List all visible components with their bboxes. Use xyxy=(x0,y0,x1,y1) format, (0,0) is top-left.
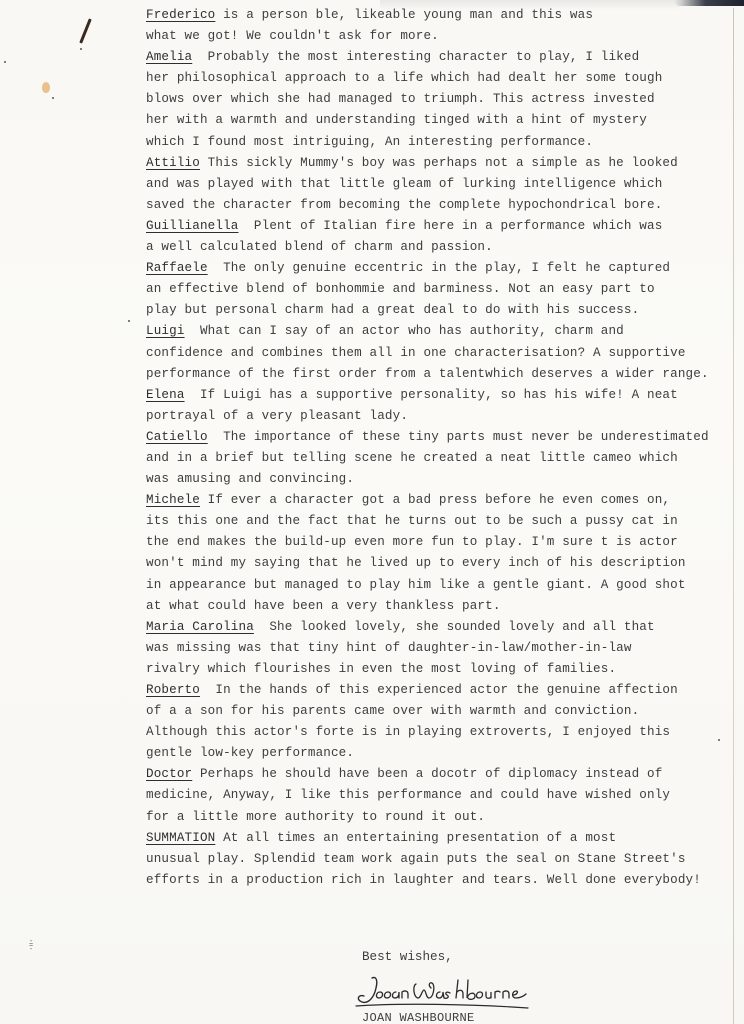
character-name: Michele xyxy=(146,493,200,507)
typed-line: at what could have been a very thankless… xyxy=(146,596,726,617)
line-text: play but personal charm had a great deal… xyxy=(146,303,639,317)
line-text: won't mind my saying that he lived up to… xyxy=(146,556,686,570)
line-text: saved the character from becoming the co… xyxy=(146,198,662,212)
typed-line: the end makes the build-up even more fun… xyxy=(146,532,726,553)
typed-line: medicine, Anyway, I like this performanc… xyxy=(146,785,726,806)
character-name: Luigi xyxy=(146,324,185,338)
line-text: The only genuine eccentric in the play, … xyxy=(208,261,670,275)
paragraph-first-line: Elena If Luigi has a supportive personal… xyxy=(146,385,726,406)
pen-mark xyxy=(79,18,92,43)
typed-line: play but personal charm had a great deal… xyxy=(146,300,726,321)
typed-line: and in a brief but telling scene he crea… xyxy=(146,448,726,469)
handwritten-signature: Joan Washbourne xyxy=(350,970,550,1012)
line-text: Perhaps he should have been a docotr of … xyxy=(192,767,662,781)
line-text: was missing was that tiny hint of daught… xyxy=(146,641,632,655)
paragraph-first-line: Luigi What can I say of an actor who has… xyxy=(146,321,726,342)
line-text: The importance of these tiny parts must … xyxy=(208,430,709,444)
page-edge xyxy=(733,8,734,1024)
line-text: confidence and combines them all in one … xyxy=(146,346,686,360)
line-text: What can I say of an actor who has autho… xyxy=(185,324,624,338)
character-name: Roberto xyxy=(146,683,200,697)
line-text: an effective blend of bonhommie and barm… xyxy=(146,282,655,296)
paragraph-first-line: Guillianella Plent of Italian fire here … xyxy=(146,216,726,237)
typed-line: gentle low-key performance. xyxy=(146,743,726,764)
paragraph-first-line: Roberto In the hands of this experienced… xyxy=(146,680,726,701)
review-body: Frederico is a person ble, likeable youn… xyxy=(146,5,726,891)
character-name: Maria Carolina xyxy=(146,620,254,634)
line-text: a well calculated blend of charm and pas… xyxy=(146,240,493,254)
paragraph-first-line: SUMMATION At all times an entertaining p… xyxy=(146,828,726,849)
speck xyxy=(128,320,130,322)
line-text: Although this actor's forte is in playin… xyxy=(146,725,670,739)
character-name: Catiello xyxy=(146,430,208,444)
paragraph-first-line: Maria Carolina She looked lovely, she so… xyxy=(146,617,726,638)
typed-line: confidence and combines them all in one … xyxy=(146,343,726,364)
typed-line: efforts in a production rich in laughter… xyxy=(146,870,726,891)
typed-line: her with a warmth and understanding ting… xyxy=(146,110,726,131)
typed-line: her philosophical approach to a life whi… xyxy=(146,68,726,89)
typed-line: what we got! We couldn't ask for more. xyxy=(146,26,726,47)
character-name: Frederico xyxy=(146,8,215,22)
typed-line: performance of the first order from a ta… xyxy=(146,364,726,385)
line-text: At all times an entertaining presentatio… xyxy=(215,831,616,845)
paragraph-first-line: Amelia Probably the most interesting cha… xyxy=(146,47,726,68)
margin-tick-marks: -=- xyxy=(29,940,33,952)
typed-line: unusual play. Splendid team work again p… xyxy=(146,849,726,870)
line-text: of a a son for his parents came over wit… xyxy=(146,704,639,718)
character-name: Guillianella xyxy=(146,219,239,233)
character-name: Doctor xyxy=(146,767,192,781)
line-text: for a little more authority to round it … xyxy=(146,810,485,824)
line-text: Plent of Italian fire here in a performa… xyxy=(239,219,663,233)
typed-line: in appearance but managed to play him li… xyxy=(146,575,726,596)
character-name: Amelia xyxy=(146,50,192,64)
scanned-page: -=- Frederico is a person ble, likeable … xyxy=(0,0,744,1024)
line-text: and was played with that little gleam of… xyxy=(146,177,662,191)
line-text: what we got! We couldn't ask for more. xyxy=(146,29,439,43)
typed-line: blows over which she had managed to triu… xyxy=(146,89,726,110)
line-text: is a person ble, likeable young man and … xyxy=(215,8,593,22)
paragraph-first-line: Raffaele The only genuine eccentric in t… xyxy=(146,258,726,279)
typed-line: a well calculated blend of charm and pas… xyxy=(146,237,726,258)
character-name: Elena xyxy=(146,388,185,402)
typed-line: of a a son for his parents came over wit… xyxy=(146,701,726,722)
paragraph-first-line: Catiello The importance of these tiny pa… xyxy=(146,427,726,448)
typed-line: was amusing and convincing. xyxy=(146,469,726,490)
line-text: which I found most intriguing, An intere… xyxy=(146,135,593,149)
line-text: her with a warmth and understanding ting… xyxy=(146,113,647,127)
line-text: portrayal of a very pleasant lady. xyxy=(146,409,408,423)
line-text: efforts in a production rich in laughter… xyxy=(146,873,701,887)
stain-mark xyxy=(42,82,50,93)
paragraph-first-line: Attilio This sickly Mummy's boy was perh… xyxy=(146,153,726,174)
line-text: If ever a character got a bad press befo… xyxy=(200,493,670,507)
line-text: If Luigi has a supportive personality, s… xyxy=(185,388,678,402)
line-text: its this one and the fact that he turns … xyxy=(146,514,678,528)
paragraph-first-line: Doctor Perhaps he should have been a doc… xyxy=(146,764,726,785)
line-text: her philosophical approach to a life whi… xyxy=(146,71,662,85)
character-name: SUMMATION xyxy=(146,831,215,845)
line-text: She looked lovely, she sounded lovely an… xyxy=(254,620,655,634)
line-text: and in a brief but telling scene he crea… xyxy=(146,451,678,465)
typed-line: for a little more authority to round it … xyxy=(146,807,726,828)
typed-line: and was played with that little gleam of… xyxy=(146,174,726,195)
signatory-name: JOAN WASHBOURNE xyxy=(362,1011,475,1024)
line-text: In the hands of this experienced actor t… xyxy=(200,683,678,697)
line-text: rivalry which flourishes in even the mos… xyxy=(146,662,616,676)
typed-line: won't mind my saying that he lived up to… xyxy=(146,553,726,574)
line-text: This sickly Mummy's boy was perhaps not … xyxy=(200,156,678,170)
typed-line: rivalry which flourishes in even the mos… xyxy=(146,659,726,680)
typed-line: Although this actor's forte is in playin… xyxy=(146,722,726,743)
line-text: Probably the most interesting character … xyxy=(192,50,639,64)
line-text: at what could have been a very thankless… xyxy=(146,599,501,613)
paragraph-first-line: Frederico is a person ble, likeable youn… xyxy=(146,5,726,26)
line-text: was amusing and convincing. xyxy=(146,472,354,486)
typed-line: portrayal of a very pleasant lady. xyxy=(146,406,726,427)
character-name: Attilio xyxy=(146,156,200,170)
typed-line: an effective blend of bonhommie and barm… xyxy=(146,279,726,300)
typed-line: its this one and the fact that he turns … xyxy=(146,511,726,532)
character-name: Raffaele xyxy=(146,261,208,275)
line-text: unusual play. Splendid team work again p… xyxy=(146,852,686,866)
line-text: gentle low-key performance. xyxy=(146,746,354,760)
typed-line: saved the character from becoming the co… xyxy=(146,195,726,216)
line-text: in appearance but managed to play him li… xyxy=(146,578,686,592)
typed-line: was missing was that tiny hint of daught… xyxy=(146,638,726,659)
paragraph-first-line: Michele If ever a character got a bad pr… xyxy=(146,490,726,511)
closing-salutation: Best wishes, xyxy=(362,950,453,964)
speck xyxy=(80,48,82,50)
speck xyxy=(52,97,54,99)
line-text: medicine, Anyway, I like this performanc… xyxy=(146,788,670,802)
typed-line: which I found most intriguing, An intere… xyxy=(146,132,726,153)
line-text: performance of the first order from a ta… xyxy=(146,367,709,381)
speck xyxy=(4,61,6,63)
line-text: the end makes the build-up even more fun… xyxy=(146,535,678,549)
line-text: blows over which she had managed to triu… xyxy=(146,92,655,106)
